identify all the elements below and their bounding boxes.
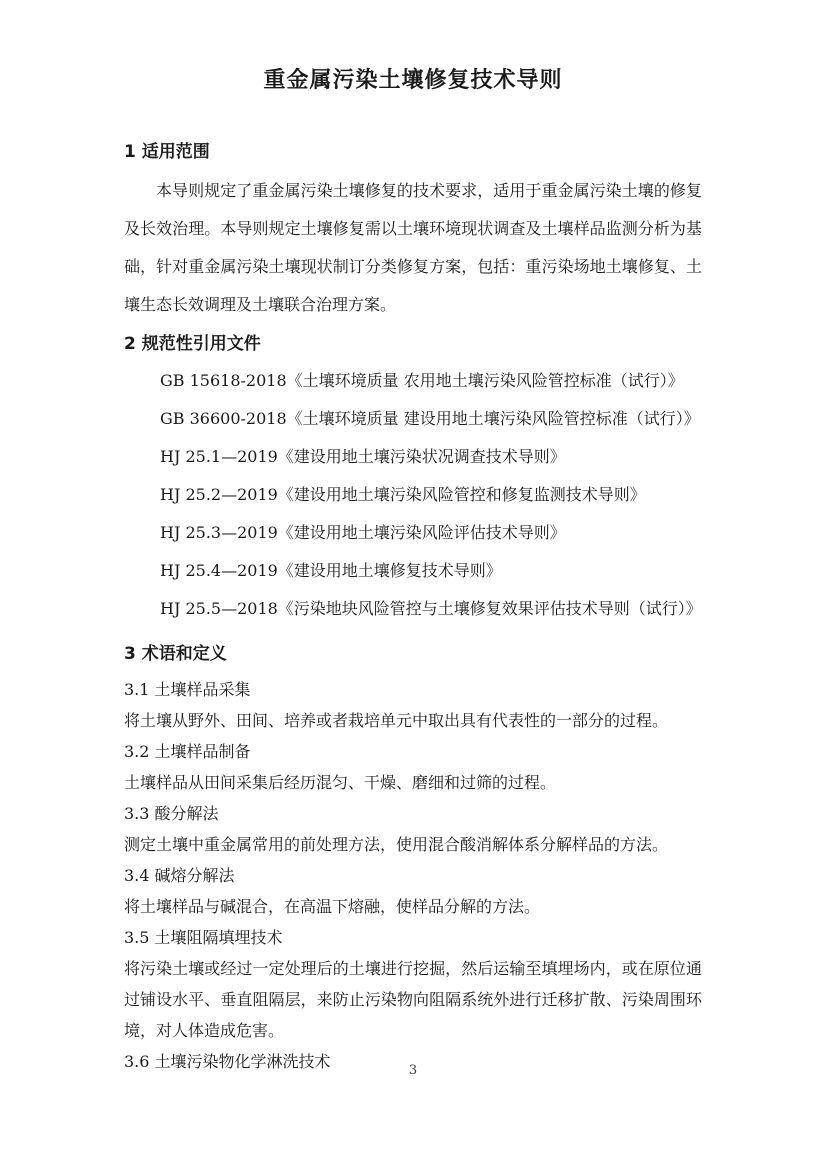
reference-item: GB 36600-2018《土壤环境质量 建设用地土壤污染风险管控标准（试行）》	[160, 400, 702, 438]
reference-item: HJ 25.2—2019《建设用地土壤污染风险管控和修复监测技术导则》	[160, 476, 702, 514]
reference-item: HJ 25.5—2018《污染地块风险管控与土壤修复效果评估技术导则（试行）》	[160, 590, 702, 628]
reference-item: HJ 25.1—2019《建设用地土壤污染状况调查技术导则》	[160, 438, 702, 476]
reference-item: HJ 25.4—2019《建设用地土壤修复技术导则》	[160, 552, 702, 590]
reference-item: GB 15618-2018《土壤环境质量 农用地土壤污染风险管控标准（试行）》	[160, 362, 702, 400]
term-label: 3.1 土壤样品采集	[124, 674, 702, 705]
term-definition: 土壤样品从田间采集后经历混匀、干燥、磨细和过筛的过程。	[124, 767, 702, 798]
terms-block: 3.1 土壤样品采集 将土壤从野外、田间、培养或者栽培单元中取出具有代表性的一部…	[124, 674, 702, 1077]
document-page: 重金属污染土壤修复技术导则 1 适用范围 本导则规定了重金属污染土壤修复的技术要…	[0, 0, 826, 1169]
term-definition: 将土壤从野外、田间、培养或者栽培单元中取出具有代表性的一部分的过程。	[124, 705, 702, 736]
section-2-heading: 2 规范性引用文件	[124, 332, 702, 356]
term-label: 3.4 碱熔分解法	[124, 860, 702, 891]
term: 3.4 碱熔分解法 将土壤样品与碱混合，在高温下熔融，使样品分解的方法。	[124, 860, 702, 922]
term-definition: 将污染土壤或经过一定处理后的土壤进行挖掘，然后运输至填埋场内，或在原位通过铺设水…	[124, 953, 702, 1046]
term-definition: 测定土壤中重金属常用的前处理方法，使用混合酸消解体系分解样品的方法。	[124, 829, 702, 860]
term-definition: 将土壤样品与碱混合，在高温下熔融，使样品分解的方法。	[124, 891, 702, 922]
document-title: 重金属污染土壤修复技术导则	[124, 64, 702, 98]
section-1-heading: 1 适用范围	[124, 140, 702, 164]
reference-list: GB 15618-2018《土壤环境质量 农用地土壤污染风险管控标准（试行）》 …	[124, 362, 702, 628]
term-label: 3.5 土壤阻隔填埋技术	[124, 922, 702, 953]
section-3-heading: 3 术语和定义	[124, 642, 702, 666]
scope-paragraph: 本导则规定了重金属污染土壤修复的技术要求，适用于重金属污染土壤的修复及长效治理。…	[124, 172, 702, 324]
term-label: 3.3 酸分解法	[124, 798, 702, 829]
reference-item: HJ 25.3—2019《建设用地土壤污染风险评估技术导则》	[160, 514, 702, 552]
term: 3.5 土壤阻隔填埋技术 将污染土壤或经过一定处理后的土壤进行挖掘，然后运输至填…	[124, 922, 702, 1046]
document-content: 重金属污染土壤修复技术导则 1 适用范围 本导则规定了重金属污染土壤修复的技术要…	[124, 0, 702, 1077]
term: 3.3 酸分解法 测定土壤中重金属常用的前处理方法，使用混合酸消解体系分解样品的…	[124, 798, 702, 860]
term: 3.2 土壤样品制备 土壤样品从田间采集后经历混匀、干燥、磨细和过筛的过程。	[124, 736, 702, 798]
term: 3.1 土壤样品采集 将土壤从野外、田间、培养或者栽培单元中取出具有代表性的一部…	[124, 674, 702, 736]
term-label: 3.2 土壤样品制备	[124, 736, 702, 767]
page-number: 3	[0, 1062, 826, 1080]
